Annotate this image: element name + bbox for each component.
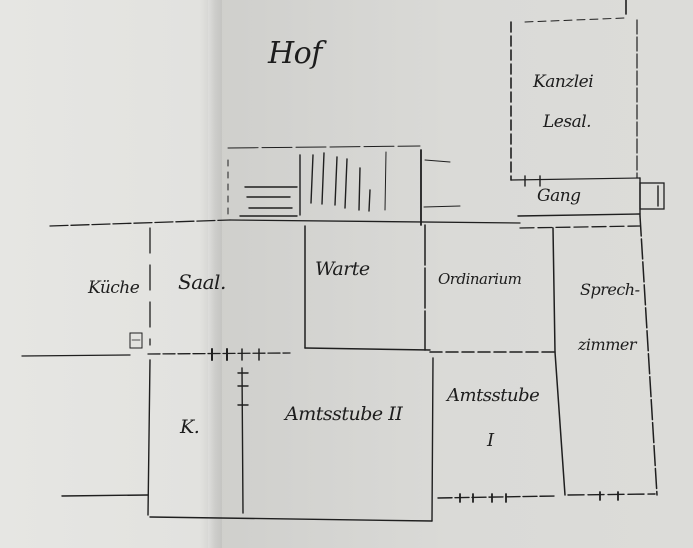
label-amtsstube-1: Amtsstube — [447, 385, 539, 406]
kitchen-hall-walls — [22, 228, 290, 360]
label-k: K. — [180, 416, 199, 438]
label-gang: Gang — [537, 186, 581, 206]
label-ordinarium: Ordinarium — [438, 270, 521, 288]
label-hof: Hof — [268, 36, 322, 71]
label-kueche: Küche — [88, 278, 139, 298]
label-saal: Saal. — [178, 270, 226, 294]
label-warte: Warte — [315, 258, 370, 280]
label-amtsstube-1-numeral: I — [487, 430, 494, 451]
label-zimmer: zimmer — [578, 335, 636, 354]
label-lesal: Lesal. — [543, 112, 591, 132]
lower-rooms-walls — [62, 358, 655, 521]
staircase — [228, 146, 460, 225]
label-kanzlei: Kanzlei — [533, 72, 593, 92]
label-sprech: Sprech- — [580, 280, 640, 299]
label-amtsstube-2: Amtsstube II — [285, 403, 402, 425]
